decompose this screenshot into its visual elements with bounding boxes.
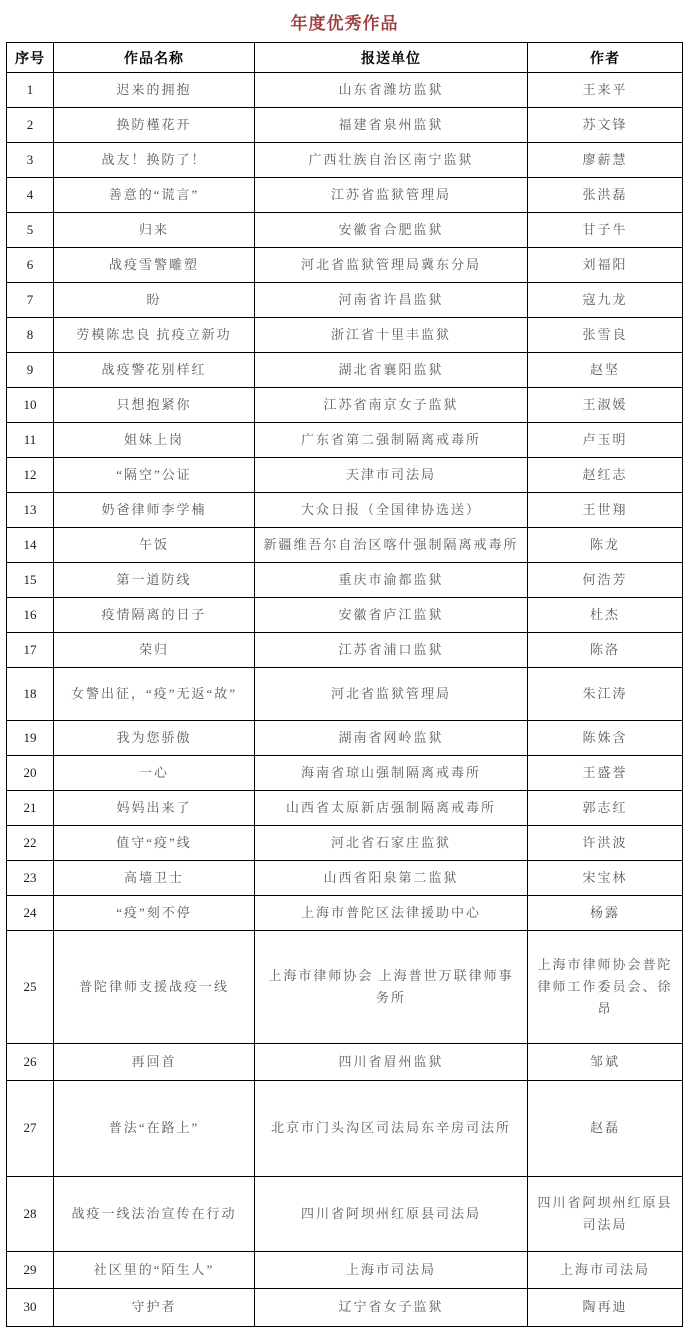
cell-no: 4 <box>7 178 54 213</box>
cell-no: 2 <box>7 108 54 143</box>
page: 年度优秀作品 序号 作品名称 报送单位 作者 1 迟来的拥抱 山东省潍坊监狱 王… <box>0 0 689 1327</box>
cell-name: 荣归 <box>54 633 255 668</box>
cell-unit: 江苏省监狱管理局 <box>255 178 528 213</box>
cell-no: 10 <box>7 388 54 423</box>
table-row: 10 只想抱紧你 江苏省南京女子监狱 王淑媛 <box>7 388 683 423</box>
cell-name: 社区里的“陌生人” <box>54 1252 255 1289</box>
col-header-unit: 报送单位 <box>255 43 528 73</box>
cell-no: 19 <box>7 721 54 756</box>
cell-name: 奶爸律师李学楠 <box>54 493 255 528</box>
cell-author: 朱江涛 <box>528 668 683 721</box>
cell-author: 王淑媛 <box>528 388 683 423</box>
table-row: 22 值守“疫”线 河北省石家庄监狱 许洪波 <box>7 826 683 861</box>
table-row: 28 战疫一线法治宣传在行动 四川省阿坝州红原县司法局 四川省阿坝州红原县司法局 <box>7 1177 683 1252</box>
cell-unit: 山东省潍坊监狱 <box>255 73 528 108</box>
col-header-author: 作者 <box>528 43 683 73</box>
cell-unit: 上海市司法局 <box>255 1252 528 1289</box>
table-row: 21 妈妈出来了 山西省太原新店强制隔离戒毒所 郭志红 <box>7 791 683 826</box>
cell-name: 战疫一线法治宣传在行动 <box>54 1177 255 1252</box>
table-row: 3 战友！换防了！ 广西壮族自治区南宁监狱 廖薪慧 <box>7 143 683 178</box>
cell-author: 陈龙 <box>528 528 683 563</box>
table-row: 12 “隔空”公证 天津市司法局 赵红志 <box>7 458 683 493</box>
cell-name: 盼 <box>54 283 255 318</box>
cell-name: “隔空”公证 <box>54 458 255 493</box>
table-row: 1 迟来的拥抱 山东省潍坊监狱 王来平 <box>7 73 683 108</box>
table-row: 18 女警出征，“疫”无返“故” 河北省监狱管理局 朱江涛 <box>7 668 683 721</box>
cell-unit: 河北省监狱管理局 <box>255 668 528 721</box>
table-row: 7 盼 河南省许昌监狱 寇九龙 <box>7 283 683 318</box>
cell-name: 普法“在路上” <box>54 1081 255 1177</box>
cell-author: 张洪磊 <box>528 178 683 213</box>
cell-author: 赵坚 <box>528 353 683 388</box>
cell-author: 寇九龙 <box>528 283 683 318</box>
table-row: 11 姐妹上岗 广东省第二强制隔离戒毒所 卢玉明 <box>7 423 683 458</box>
cell-name: 战友！换防了！ <box>54 143 255 178</box>
cell-name: 归来 <box>54 213 255 248</box>
cell-author: 何浩芳 <box>528 563 683 598</box>
cell-name: 战疫警花别样红 <box>54 353 255 388</box>
cell-name: 只想抱紧你 <box>54 388 255 423</box>
cell-no: 14 <box>7 528 54 563</box>
cell-unit: 广东省第二强制隔离戒毒所 <box>255 423 528 458</box>
cell-name: 妈妈出来了 <box>54 791 255 826</box>
table-row: 17 荣归 江苏省浦口监狱 陈洛 <box>7 633 683 668</box>
cell-no: 13 <box>7 493 54 528</box>
cell-unit: 江苏省南京女子监狱 <box>255 388 528 423</box>
cell-unit: 四川省眉州监狱 <box>255 1044 528 1081</box>
table-row: 6 战疫雪警雕塑 河北省监狱管理局冀东分局 刘福阳 <box>7 248 683 283</box>
cell-unit: 大众日报（全国律协选送） <box>255 493 528 528</box>
cell-name: 普陀律师支援战疫一线 <box>54 931 255 1044</box>
table-row: 20 一心 海南省琼山强制隔离戒毒所 王盛誉 <box>7 756 683 791</box>
cell-name: 姐妹上岗 <box>54 423 255 458</box>
cell-no: 11 <box>7 423 54 458</box>
cell-author: 张雪良 <box>528 318 683 353</box>
works-table: 序号 作品名称 报送单位 作者 1 迟来的拥抱 山东省潍坊监狱 王来平 2 换防… <box>6 42 683 1327</box>
cell-no: 27 <box>7 1081 54 1177</box>
cell-name: 值守“疫”线 <box>54 826 255 861</box>
cell-author: 卢玉明 <box>528 423 683 458</box>
cell-unit: 四川省阿坝州红原县司法局 <box>255 1177 528 1252</box>
cell-unit: 安徽省合肥监狱 <box>255 213 528 248</box>
table-header: 序号 作品名称 报送单位 作者 <box>7 43 683 73</box>
cell-no: 8 <box>7 318 54 353</box>
cell-no: 25 <box>7 931 54 1044</box>
cell-unit: 湖南省网岭监狱 <box>255 721 528 756</box>
cell-author: 陶再迪 <box>528 1289 683 1327</box>
cell-no: 5 <box>7 213 54 248</box>
cell-name: 女警出征，“疫”无返“故” <box>54 668 255 721</box>
col-header-no: 序号 <box>7 43 54 73</box>
cell-no: 15 <box>7 563 54 598</box>
cell-unit: 河北省监狱管理局冀东分局 <box>255 248 528 283</box>
header-row: 序号 作品名称 报送单位 作者 <box>7 43 683 73</box>
table-row: 4 善意的“谎言” 江苏省监狱管理局 张洪磊 <box>7 178 683 213</box>
cell-unit: 山西省太原新店强制隔离戒毒所 <box>255 791 528 826</box>
table-row: 8 劳模陈忠良 抗疫立新功 浙江省十里丰监狱 张雪良 <box>7 318 683 353</box>
cell-author: 杜杰 <box>528 598 683 633</box>
cell-name: “疫”刻不停 <box>54 896 255 931</box>
cell-unit: 重庆市渝都监狱 <box>255 563 528 598</box>
cell-unit: 天津市司法局 <box>255 458 528 493</box>
cell-author: 宋宝林 <box>528 861 683 896</box>
cell-name: 再回首 <box>54 1044 255 1081</box>
cell-no: 16 <box>7 598 54 633</box>
cell-author: 邹斌 <box>528 1044 683 1081</box>
cell-name: 疫情隔离的日子 <box>54 598 255 633</box>
cell-author: 杨露 <box>528 896 683 931</box>
cell-unit: 海南省琼山强制隔离戒毒所 <box>255 756 528 791</box>
cell-no: 28 <box>7 1177 54 1252</box>
col-header-name: 作品名称 <box>54 43 255 73</box>
cell-no: 24 <box>7 896 54 931</box>
cell-no: 1 <box>7 73 54 108</box>
cell-no: 7 <box>7 283 54 318</box>
cell-no: 22 <box>7 826 54 861</box>
cell-unit: 广西壮族自治区南宁监狱 <box>255 143 528 178</box>
cell-name: 守护者 <box>54 1289 255 1327</box>
cell-name: 一心 <box>54 756 255 791</box>
cell-no: 17 <box>7 633 54 668</box>
cell-name: 我为您骄傲 <box>54 721 255 756</box>
table-row: 9 战疫警花别样红 湖北省襄阳监狱 赵坚 <box>7 353 683 388</box>
cell-no: 9 <box>7 353 54 388</box>
table-row: 23 高墙卫士 山西省阳泉第二监狱 宋宝林 <box>7 861 683 896</box>
cell-author: 上海市司法局 <box>528 1252 683 1289</box>
cell-no: 30 <box>7 1289 54 1327</box>
cell-unit: 上海市律师协会 上海普世万联律师事务所 <box>255 931 528 1044</box>
cell-unit: 福建省泉州监狱 <box>255 108 528 143</box>
table-row: 29 社区里的“陌生人” 上海市司法局 上海市司法局 <box>7 1252 683 1289</box>
cell-no: 6 <box>7 248 54 283</box>
cell-no: 20 <box>7 756 54 791</box>
table-row: 15 第一道防线 重庆市渝都监狱 何浩芳 <box>7 563 683 598</box>
cell-no: 18 <box>7 668 54 721</box>
cell-unit: 北京市门头沟区司法局东辛房司法所 <box>255 1081 528 1177</box>
cell-author: 四川省阿坝州红原县司法局 <box>528 1177 683 1252</box>
cell-name: 高墙卫士 <box>54 861 255 896</box>
page-title: 年度优秀作品 <box>0 0 689 42</box>
cell-unit: 河北省石家庄监狱 <box>255 826 528 861</box>
table-row: 24 “疫”刻不停 上海市普陀区法律援助中心 杨露 <box>7 896 683 931</box>
cell-name: 善意的“谎言” <box>54 178 255 213</box>
cell-author: 郭志红 <box>528 791 683 826</box>
table-row: 27 普法“在路上” 北京市门头沟区司法局东辛房司法所 赵磊 <box>7 1081 683 1177</box>
cell-unit: 浙江省十里丰监狱 <box>255 318 528 353</box>
cell-unit: 新疆维吾尔自治区喀什强制隔离戒毒所 <box>255 528 528 563</box>
table-row: 19 我为您骄傲 湖南省网岭监狱 陈姝含 <box>7 721 683 756</box>
cell-unit: 安徽省庐江监狱 <box>255 598 528 633</box>
table-row: 2 换防槿花开 福建省泉州监狱 苏文锋 <box>7 108 683 143</box>
table-row: 30 守护者 辽宁省女子监狱 陶再迪 <box>7 1289 683 1327</box>
cell-author: 赵红志 <box>528 458 683 493</box>
cell-name: 换防槿花开 <box>54 108 255 143</box>
cell-author: 王来平 <box>528 73 683 108</box>
cell-unit: 湖北省襄阳监狱 <box>255 353 528 388</box>
cell-author: 廖薪慧 <box>528 143 683 178</box>
cell-no: 3 <box>7 143 54 178</box>
cell-name: 劳模陈忠良 抗疫立新功 <box>54 318 255 353</box>
cell-unit: 江苏省浦口监狱 <box>255 633 528 668</box>
cell-author: 王盛誉 <box>528 756 683 791</box>
table-row: 26 再回首 四川省眉州监狱 邹斌 <box>7 1044 683 1081</box>
table-row: 25 普陀律师支援战疫一线 上海市律师协会 上海普世万联律师事务所 上海市律师协… <box>7 931 683 1044</box>
cell-author: 许洪波 <box>528 826 683 861</box>
table-body: 1 迟来的拥抱 山东省潍坊监狱 王来平 2 换防槿花开 福建省泉州监狱 苏文锋 … <box>7 73 683 1327</box>
cell-name: 迟来的拥抱 <box>54 73 255 108</box>
cell-author: 上海市律师协会普陀律师工作委员会、徐昂 <box>528 931 683 1044</box>
cell-no: 29 <box>7 1252 54 1289</box>
cell-author: 赵磊 <box>528 1081 683 1177</box>
cell-author: 陈洛 <box>528 633 683 668</box>
cell-name: 午饭 <box>54 528 255 563</box>
table-row: 5 归来 安徽省合肥监狱 甘子牛 <box>7 213 683 248</box>
cell-no: 21 <box>7 791 54 826</box>
cell-unit: 山西省阳泉第二监狱 <box>255 861 528 896</box>
cell-unit: 上海市普陀区法律援助中心 <box>255 896 528 931</box>
cell-no: 26 <box>7 1044 54 1081</box>
table-row: 13 奶爸律师李学楠 大众日报（全国律协选送） 王世翔 <box>7 493 683 528</box>
table-row: 14 午饭 新疆维吾尔自治区喀什强制隔离戒毒所 陈龙 <box>7 528 683 563</box>
cell-no: 23 <box>7 861 54 896</box>
cell-name: 第一道防线 <box>54 563 255 598</box>
table-row: 16 疫情隔离的日子 安徽省庐江监狱 杜杰 <box>7 598 683 633</box>
cell-unit: 辽宁省女子监狱 <box>255 1289 528 1327</box>
cell-no: 12 <box>7 458 54 493</box>
cell-author: 陈姝含 <box>528 721 683 756</box>
cell-author: 苏文锋 <box>528 108 683 143</box>
cell-unit: 河南省许昌监狱 <box>255 283 528 318</box>
cell-author: 刘福阳 <box>528 248 683 283</box>
cell-name: 战疫雪警雕塑 <box>54 248 255 283</box>
cell-author: 王世翔 <box>528 493 683 528</box>
cell-author: 甘子牛 <box>528 213 683 248</box>
